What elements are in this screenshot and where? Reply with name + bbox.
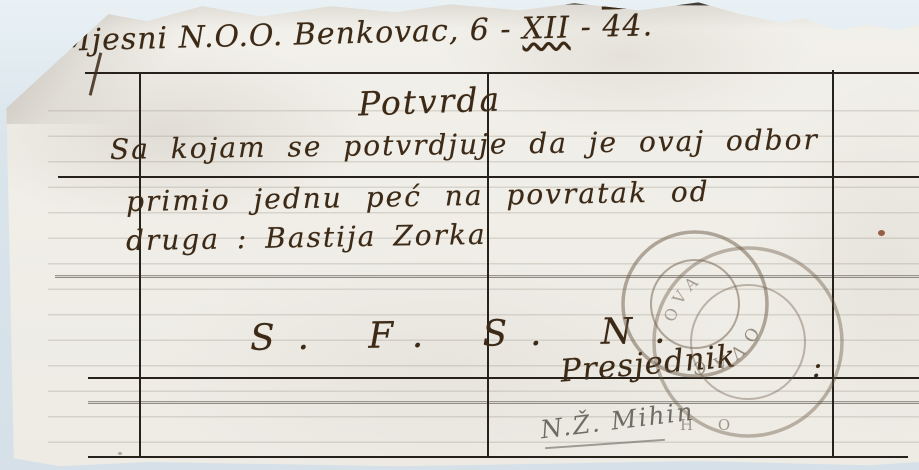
body-line-1: Sa kojam se potvrdjuje da je ovaj odbor bbox=[110, 123, 819, 166]
body-line-3: druga : Bastija Zorka bbox=[126, 218, 487, 257]
top-line-fragment-center bbox=[553, 1, 731, 5]
table-line-row5 bbox=[88, 401, 919, 404]
receipt-paper: Mjesni N.O.O. Benkovac, 6 - XII - 44. Po… bbox=[0, 0, 919, 470]
ink-flourish bbox=[89, 52, 102, 95]
ink-dot bbox=[878, 230, 885, 236]
table-column-line-right bbox=[832, 70, 834, 457]
signer-role-colon: : bbox=[812, 350, 822, 385]
document-title: Potvrda bbox=[357, 80, 501, 124]
table-line-bottom bbox=[88, 456, 908, 458]
scanned-receipt-photo: Mjesni N.O.O. Benkovac, 6 - XII - 44. Po… bbox=[0, 0, 919, 470]
body-line-2: primio jednu peć na povratak od bbox=[126, 175, 710, 218]
table-line-top bbox=[85, 72, 919, 74]
header-dash: - bbox=[570, 10, 603, 46]
header-month-roman: XII bbox=[522, 10, 571, 46]
paper-speck bbox=[118, 452, 122, 455]
top-line-fragment-right bbox=[860, 7, 919, 13]
table-line-row4 bbox=[88, 377, 919, 379]
header-line: Mjesni N.O.O. Benkovac, 6 - XII - 44. bbox=[60, 8, 654, 59]
table-column-line-left bbox=[139, 74, 141, 457]
header-place-date: Mjesni N.O.O. Benkovac, 6 - bbox=[60, 12, 523, 59]
header-year: 44. bbox=[602, 8, 654, 44]
